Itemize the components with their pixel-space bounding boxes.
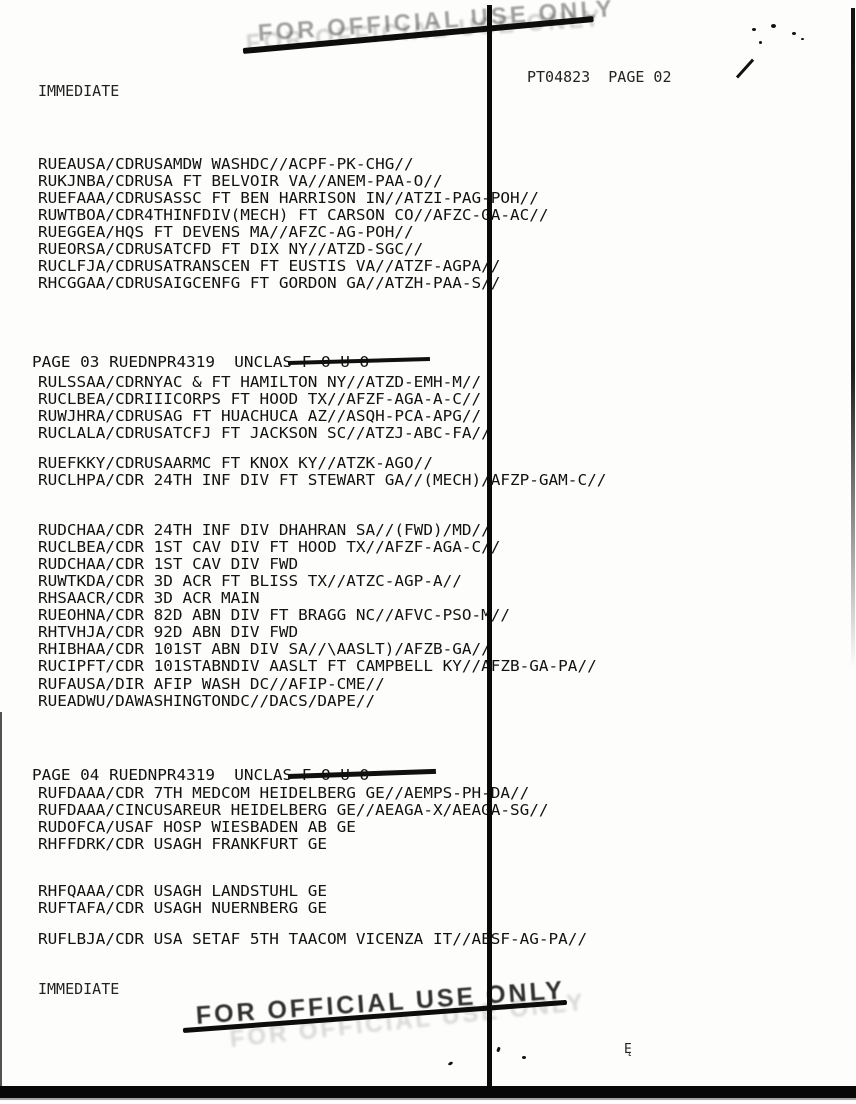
bottom-scan-bar xyxy=(0,1086,856,1098)
page4-header-text: PAGE 04 RUEDNPR4319 UNCLAS xyxy=(32,766,302,783)
routing-line: RHTVHJA/CDR 92D ABN DIV FWD xyxy=(38,625,298,640)
routing-line: RUEGGEA/HQS FT DEVENS MA//AFZC-AG-POH// xyxy=(38,225,414,240)
routing-line: RUEADWU/DAWASHINGTONDC//DACS/DAPE// xyxy=(38,694,375,709)
routing-line: RHFQAAA/CDR USAGH LANDSTUHL GE xyxy=(38,884,327,899)
routing-line: RUCIPFT/CDR 101STABNDIV AASLT FT CAMPBEL… xyxy=(38,659,597,674)
routing-line: RHSAACR/CDR 3D ACR MAIN xyxy=(38,591,260,606)
routing-line: RHFFDRK/CDR USAGH FRANKFURT GE xyxy=(38,837,327,852)
routing-line: RUEFKKY/CDRUSAARMC FT KNOX KY//ATZK-AGO/… xyxy=(38,456,433,471)
routing-line: RUEOHNA/CDR 82D ABN DIV FT BRAGG NC//AFV… xyxy=(38,608,510,623)
routing-line: RUCLHPA/CDR 24TH INF DIV FT STEWART GA//… xyxy=(38,473,606,488)
routing-line: RUCLBEA/CDR 1ST CAV DIV FT HOOD TX//AFZF… xyxy=(38,540,500,555)
page-border-left xyxy=(0,712,2,1090)
page-border-right xyxy=(851,8,855,668)
vertical-fold-line xyxy=(487,5,492,1095)
routing-line: RUDOFCA/USAF HOSP WIESBADEN AB GE xyxy=(38,820,356,835)
routing-line: RULSSAA/CDRNYAC & FT HAMILTON NY//ATZD-E… xyxy=(38,375,481,390)
routing-line: RUWJHRA/CDRUSAG FT HUACHUCA AZ//ASQH-PCA… xyxy=(38,409,481,424)
page3-header-text: PAGE 03 RUEDNPR4319 UNCLAS xyxy=(32,353,302,370)
routing-line: RUCLBEA/CDRIIICORPS FT HOOD TX//AFZF-AGA… xyxy=(38,392,481,407)
routing-line: RUDCHAA/CDR 24TH INF DIV DHAHRAN SA//(FW… xyxy=(38,523,491,538)
precedence-top: IMMEDIATE xyxy=(38,84,119,99)
routing-line: RUFAUSA/DIR AFIP WASH DC//AFIP-CME// xyxy=(38,677,385,692)
routing-line: RUFLBJA/CDR USA SETAF 5TH TAACOM VICENZA… xyxy=(38,932,587,947)
routing-line: RHIBHAA/CDR 101ST ABN DIV SA//\AASLT)/AF… xyxy=(38,642,491,657)
routing-line: RUFDAAA/CDR 7TH MEDCOM HEIDELBERG GE//AE… xyxy=(38,786,529,801)
routing-line: RUEORSA/CDRUSATCFD FT DIX NY//ATZD-SGC// xyxy=(38,242,423,257)
routing-line: RUWTBOA/CDR4THINFDIV(MECH) FT CARSON CO/… xyxy=(38,208,549,223)
routing-line: RUCLFJA/CDRUSATRANSCEN FT EUSTIS VA//ATZ… xyxy=(38,259,500,274)
routing-line: RUFTAFA/CDR USAGH NUERNBERG GE xyxy=(38,901,327,916)
routing-line: RUKJNBA/CDRUSA FT BELVOIR VA//ANEM-PAA-O… xyxy=(38,174,443,189)
routing-line: RUFDAAA/CINCUSAREUR HEIDELBERG GE//AEAGA… xyxy=(38,803,549,818)
routing-line: RUEAUSA/CDRUSAMDW WASHDC//ACPF-PK-CHG// xyxy=(38,157,414,172)
routing-line: RUWTKDA/CDR 3D ACR FT BLISS TX//ATZC-AGP… xyxy=(38,574,462,589)
misc-mark: Ę xyxy=(624,1042,632,1057)
precedence-bottom: IMMEDIATE xyxy=(38,982,119,997)
routing-line: RUEFAAA/CDRUSASSC FT BEN HARRISON IN//AT… xyxy=(38,191,539,206)
scanned-message-page: FOR OFFICIAL USE ONLY FOR OFFICIAL USE O… xyxy=(0,0,856,1104)
page-ref: PT04823 PAGE 02 xyxy=(527,70,672,85)
routing-line: RHCGGAA/CDRUSAIGCENFG FT GORDON GA//ATZH… xyxy=(38,276,500,291)
routing-line: RUCLALA/CDRUSATCFJ FT JACKSON SC//ATZJ-A… xyxy=(38,426,491,441)
routing-line: RUDCHAA/CDR 1ST CAV DIV FWD xyxy=(38,557,298,572)
